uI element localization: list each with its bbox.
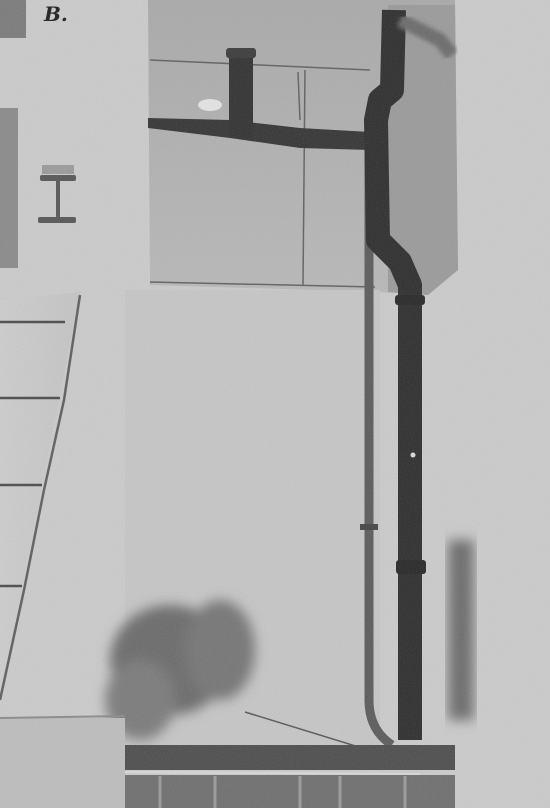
photo-scene xyxy=(0,0,550,808)
figure-label: B. xyxy=(44,2,68,26)
grain-overlay xyxy=(0,0,550,808)
photograph: B. xyxy=(0,0,550,808)
